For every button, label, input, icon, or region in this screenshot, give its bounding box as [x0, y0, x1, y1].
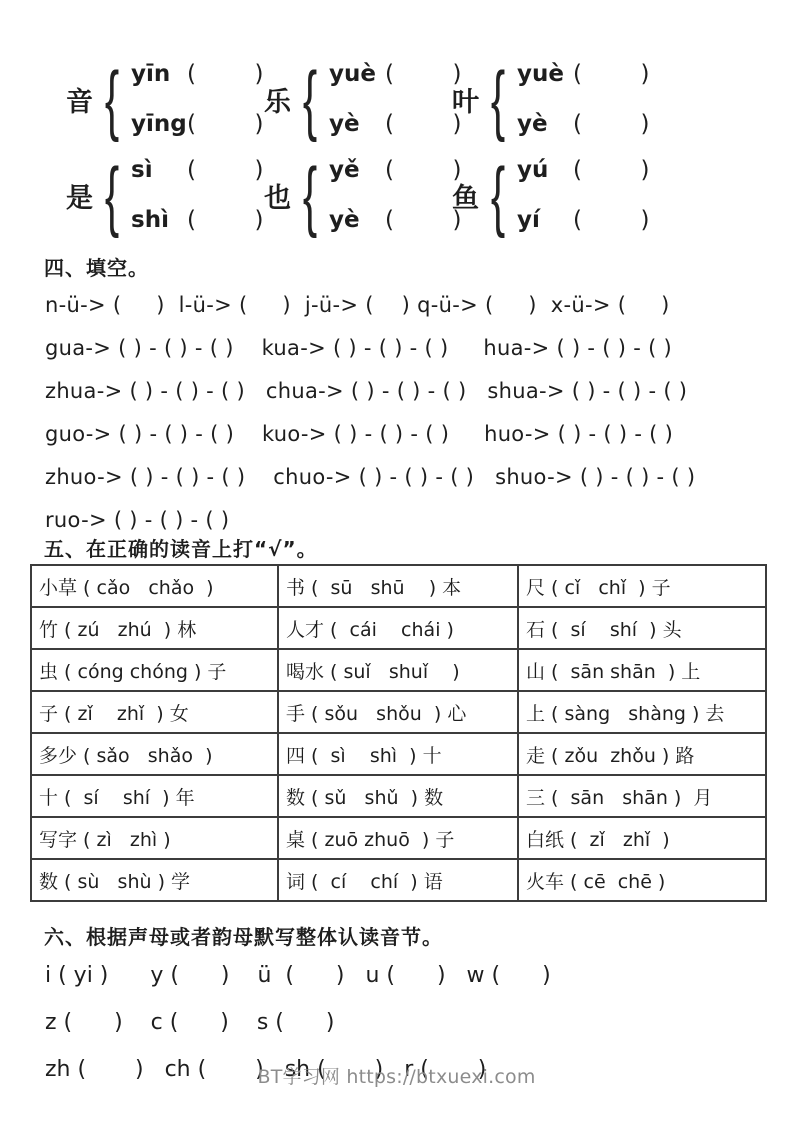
curly-brace-icon: { — [103, 156, 122, 234]
answer-blank: ( ) — [573, 207, 649, 233]
table-cell: 四 ( sì shì ) 十 — [278, 733, 518, 775]
pinyin-text: yí — [517, 207, 573, 233]
pinyin-options: yīn( ) yīng( ) — [131, 61, 263, 137]
curly-brace-icon: { — [489, 60, 508, 138]
group-character: 叶 — [452, 80, 479, 119]
fill-blank-line: zhuo-> ( ) - ( ) - ( ) chuo-> ( ) - ( ) … — [45, 456, 695, 499]
answer-blank: ( ) — [187, 207, 263, 233]
pinyin-options: sì( ) shì( ) — [131, 157, 263, 233]
table-cell: 桌 ( zuō zhuō ) 子 — [278, 817, 518, 859]
pinyin-option: yú( ) — [517, 157, 649, 183]
pronunciation-choice-table: 小草 ( cǎo chǎo ) 书 ( sū shū ) 本 尺 ( cǐ ch… — [30, 564, 767, 902]
pinyin-text: sì — [131, 157, 187, 183]
pinyin-option: yīn( ) — [131, 61, 263, 87]
table-cell: 竹 ( zú zhú ) 林 — [31, 607, 278, 649]
table-cell: 手 ( sǒu shǒu ) 心 — [278, 691, 518, 733]
fill-blank-line: gua-> ( ) - ( ) - ( ) kua-> ( ) - ( ) - … — [45, 327, 695, 370]
pinyin-option: shì( ) — [131, 207, 263, 233]
fill-blank-line: zhua-> ( ) - ( ) - ( ) chua-> ( ) - ( ) … — [45, 370, 695, 413]
table-cell: 尺 ( cǐ chǐ ) 子 — [518, 565, 766, 607]
section6-title: 六、根据声母或者韵母默写整体认读音节。 — [44, 921, 443, 950]
pinyin-option: yuè( ) — [329, 61, 461, 87]
table-cell: 虫 ( cóng chóng ) 子 — [31, 649, 278, 691]
pinyin-choice-group: 是 { sì( ) shì( ) — [66, 156, 263, 234]
table-cell: 石 ( sí shí ) 头 — [518, 607, 766, 649]
answer-blank: ( ) — [187, 157, 263, 183]
table-row: 多少 ( sǎo shǎo ) 四 ( sì shì ) 十 走 ( zǒu z… — [31, 733, 766, 775]
pinyin-choice-group: 鱼 { yú( ) yí( ) — [452, 156, 649, 234]
section4-title: 四、填空。 — [44, 252, 149, 281]
pinyin-text: yè — [329, 111, 385, 137]
table-cell: 三 ( sān shān ) 月 — [518, 775, 766, 817]
answer-blank: ( ) — [573, 61, 649, 87]
answer-blank: ( ) — [573, 111, 649, 137]
answer-blank: ( ) — [385, 157, 461, 183]
pinyin-text: yú — [517, 157, 573, 183]
pinyin-text: yuè — [329, 61, 385, 87]
pinyin-choice-group: 乐 { yuè( ) yè( ) — [264, 60, 461, 138]
fill-blank-line: guo-> ( ) - ( ) - ( ) kuo-> ( ) - ( ) - … — [45, 413, 695, 456]
footer-watermark: BT学习网 https://btxuexi.com — [0, 1062, 793, 1089]
answer-blank: ( ) — [385, 61, 461, 87]
table-cell: 喝水 ( suǐ shuǐ ) — [278, 649, 518, 691]
worksheet-page: 音 { yīn( ) yīng( ) 乐 { yuè( ) yè( ) 叶 { … — [0, 0, 793, 1122]
table-row: 小草 ( cǎo chǎo ) 书 ( sū shū ) 本 尺 ( cǐ ch… — [31, 565, 766, 607]
table-cell: 人才 ( cái chái ) — [278, 607, 518, 649]
pinyin-option: yí( ) — [517, 207, 649, 233]
group-character: 也 — [264, 176, 291, 215]
answer-blank: ( ) — [187, 111, 263, 137]
syllable-line: z ( ) c ( ) s ( ) — [45, 999, 551, 1046]
group-character: 鱼 — [452, 176, 479, 215]
pinyin-text: yīng — [131, 111, 187, 137]
curly-brace-icon: { — [301, 60, 320, 138]
answer-blank: ( ) — [187, 61, 263, 87]
group-character: 是 — [66, 176, 93, 215]
table-row: 子 ( zǐ zhǐ ) 女 手 ( sǒu shǒu ) 心 上 ( sàng… — [31, 691, 766, 733]
pinyin-options: yuè( ) yè( ) — [517, 61, 649, 137]
pinyin-option: yè( ) — [329, 111, 461, 137]
pinyin-text: yīn — [131, 61, 187, 87]
table-cell: 走 ( zǒu zhǒu ) 路 — [518, 733, 766, 775]
table-cell: 白纸 ( zǐ zhǐ ) — [518, 817, 766, 859]
pinyin-choice-group: 叶 { yuè( ) yè( ) — [452, 60, 649, 138]
answer-blank: ( ) — [573, 157, 649, 183]
pinyin-options: yě( ) yè( ) — [329, 157, 461, 233]
table-row: 数 ( sù shù ) 学 词 ( cí chí ) 语 火车 ( cē ch… — [31, 859, 766, 901]
table-cell: 多少 ( sǎo shǎo ) — [31, 733, 278, 775]
table-cell: 数 ( sǔ shǔ ) 数 — [278, 775, 518, 817]
table-cell: 小草 ( cǎo chǎo ) — [31, 565, 278, 607]
curly-brace-icon: { — [489, 156, 508, 234]
pinyin-options: yuè( ) yè( ) — [329, 61, 461, 137]
pinyin-option: yīng( ) — [131, 111, 263, 137]
table-cell: 十 ( sí shí ) 年 — [31, 775, 278, 817]
pinyin-option: yè( ) — [329, 207, 461, 233]
table-cell: 写字 ( zì zhì ) — [31, 817, 278, 859]
fill-blank-section: n-ü-> ( ) l-ü-> ( ) j-ü-> ( ) q-ü-> ( ) … — [45, 284, 695, 542]
table-cell: 山 ( sān shān ) 上 — [518, 649, 766, 691]
table-cell: 词 ( cí chí ) 语 — [278, 859, 518, 901]
pinyin-text: yè — [517, 111, 573, 137]
pinyin-choice-group: 音 { yīn( ) yīng( ) — [66, 60, 263, 138]
table-row: 写字 ( zì zhì ) 桌 ( zuō zhuō ) 子 白纸 ( zǐ z… — [31, 817, 766, 859]
table-row: 竹 ( zú zhú ) 林 人才 ( cái chái ) 石 ( sí sh… — [31, 607, 766, 649]
pinyin-text: yě — [329, 157, 385, 183]
table-row: 虫 ( cóng chóng ) 子 喝水 ( suǐ shuǐ ) 山 ( s… — [31, 649, 766, 691]
pinyin-choice-group: 也 { yě( ) yè( ) — [264, 156, 461, 234]
group-character: 音 — [66, 80, 93, 119]
table-cell: 书 ( sū shū ) 本 — [278, 565, 518, 607]
curly-brace-icon: { — [103, 60, 122, 138]
table-row: 十 ( sí shí ) 年 数 ( sǔ shǔ ) 数 三 ( sān sh… — [31, 775, 766, 817]
pinyin-option: yě( ) — [329, 157, 461, 183]
fill-blank-line: n-ü-> ( ) l-ü-> ( ) j-ü-> ( ) q-ü-> ( ) … — [45, 284, 695, 327]
table-cell: 火车 ( cē chē ) — [518, 859, 766, 901]
group-character: 乐 — [264, 80, 291, 119]
table-cell: 数 ( sù shù ) 学 — [31, 859, 278, 901]
pinyin-option: yè( ) — [517, 111, 649, 137]
table-cell: 子 ( zǐ zhǐ ) 女 — [31, 691, 278, 733]
pinyin-option: sì( ) — [131, 157, 263, 183]
section5-title: 五、在正确的读音上打“√”。 — [44, 533, 318, 562]
pinyin-options: yú( ) yí( ) — [517, 157, 649, 233]
pinyin-text: yè — [329, 207, 385, 233]
answer-blank: ( ) — [385, 111, 461, 137]
pinyin-text: yuè — [517, 61, 573, 87]
pinyin-option: yuè( ) — [517, 61, 649, 87]
curly-brace-icon: { — [301, 156, 320, 234]
table-cell: 上 ( sàng shàng ) 去 — [518, 691, 766, 733]
answer-blank: ( ) — [385, 207, 461, 233]
syllable-line: i ( yi ) y ( ) ü ( ) u ( ) w ( ) — [45, 952, 551, 999]
pinyin-text: shì — [131, 207, 187, 233]
